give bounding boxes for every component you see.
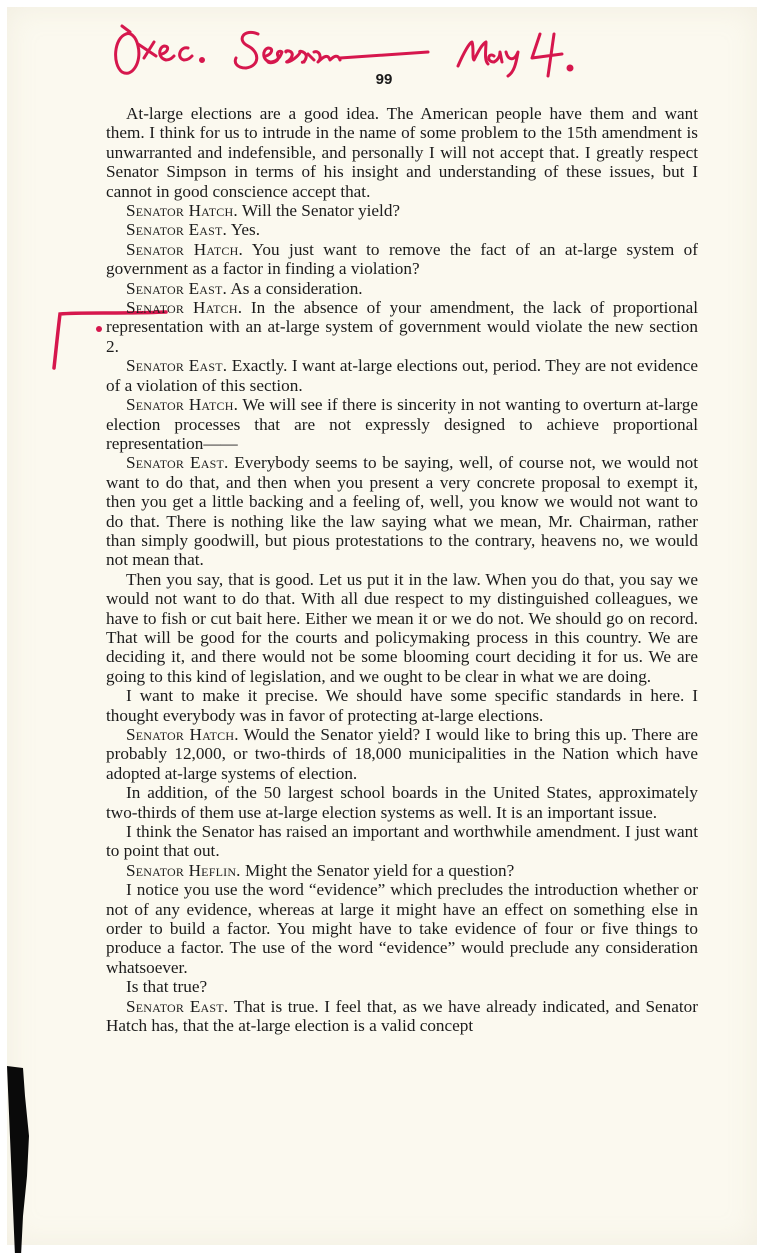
paragraph-text: As a consideration. — [227, 279, 363, 298]
paragraph-text: Yes. — [227, 220, 260, 239]
paragraph-text: Is that true? — [126, 977, 207, 996]
speaker-name: Senator East. — [126, 279, 227, 298]
red-dot-mark — [96, 326, 102, 332]
paragraph: Senator Heflin. Might the Senator yield … — [106, 861, 698, 880]
paragraph: I think the Senator has raised an import… — [106, 822, 698, 861]
paragraph: Senator Hatch. Will the Senator yield? — [106, 201, 698, 220]
paragraph: I notice you use the word “evidence” whi… — [106, 880, 698, 977]
speaker-name: Senator Hatch. — [126, 240, 243, 259]
paragraph: Senator Hatch. We will see if there is s… — [106, 395, 698, 453]
paragraph: Then you say, that is good. Let us put i… — [106, 570, 698, 686]
scan-edge-shadow — [7, 1066, 35, 1253]
page-number: 99 — [0, 71, 768, 88]
paragraph-text: Will the Senator yield? — [238, 201, 400, 220]
speaker-name: Senator Heflin. — [126, 861, 241, 880]
paragraph: Senator East. That is true. I feel that,… — [106, 997, 698, 1036]
paragraph-text: Might the Senator yield for a question? — [241, 861, 515, 880]
paragraph-text: I want to make it precise. We should hav… — [106, 686, 698, 724]
document-body: At-large elections are a good idea. The … — [106, 104, 698, 1036]
paragraph: Senator Hatch. In the absence of your am… — [106, 298, 698, 356]
paragraph-text: At-large elections are a good idea. The … — [106, 104, 698, 201]
paragraph: Senator East. Everybody seems to be sayi… — [106, 453, 698, 569]
paragraph: Is that true? — [106, 977, 698, 996]
speaker-name: Senator East. — [126, 453, 229, 472]
paragraph: Senator Hatch. Would the Senator yield? … — [106, 725, 698, 783]
paragraph-text: I notice you use the word “evidence” whi… — [106, 880, 698, 977]
speaker-name: Senator East. — [126, 356, 227, 375]
paragraph-text: Then you say, that is good. Let us put i… — [106, 570, 698, 686]
paragraph: I want to make it precise. We should hav… — [106, 686, 698, 725]
paragraph: Senator East. As a consideration. — [106, 279, 698, 298]
black-edge-icon — [7, 1066, 35, 1253]
speaker-name: Senator Hatch. — [126, 725, 239, 744]
speaker-name: Senator East. — [126, 997, 228, 1016]
paragraph: In addition, of the 50 largest school bo… — [106, 783, 698, 822]
speaker-name: Senator Hatch. — [126, 201, 238, 220]
paragraph-text: I think the Senator has raised an import… — [106, 822, 698, 860]
speaker-name: Senator East. — [126, 220, 227, 239]
speaker-name: Senator Hatch. — [126, 298, 242, 317]
speaker-name: Senator Hatch. — [126, 395, 238, 414]
paragraph: At-large elections are a good idea. The … — [106, 104, 698, 201]
paragraph-text: In addition, of the 50 largest school bo… — [106, 783, 698, 821]
paragraph: Senator East. Exactly. I want at-large e… — [106, 356, 698, 395]
paragraph: Senator East. Yes. — [106, 220, 698, 239]
paragraph: Senator Hatch. You just want to remove t… — [106, 240, 698, 279]
